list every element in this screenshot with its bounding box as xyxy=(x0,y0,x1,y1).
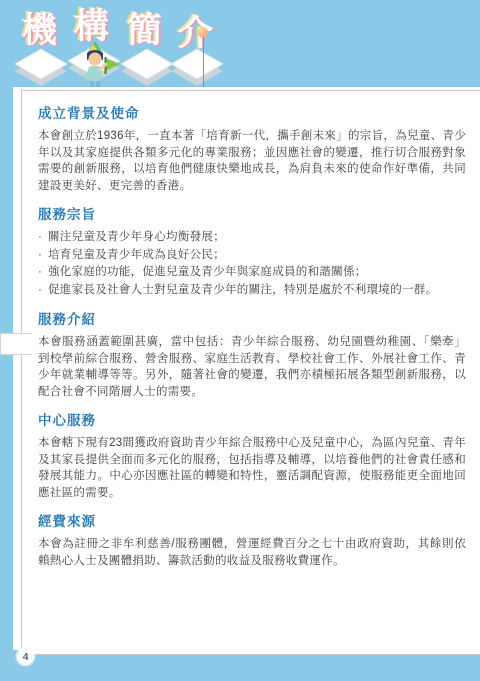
page-title-char-2: 構 xyxy=(74,9,109,44)
page-title-char-1: 機 xyxy=(22,13,57,48)
section-heading-centres: 中心服務 xyxy=(38,413,466,429)
section-centres: 中心服務 本會轄下現有23間獲政府資助青少年綜合服務中心及兒童中心，為區內兒童、… xyxy=(38,413,466,501)
section-paragraph-centres: 本會轄下現有23間獲政府資助青少年綜合服務中心及兒童中心，為區內兒童、青年及其家… xyxy=(38,435,466,501)
section-objectives: 服務宗旨 關注兒童及青少年身心均衡發展； 培育兒童及青少年成為良好公民； 強化家… xyxy=(38,207,466,299)
list-item: 促進家長及社會人士對兒童及青少年的關注，特別是處於不利環境的一群。 xyxy=(38,282,466,300)
section-heading-funding: 經費來源 xyxy=(38,514,466,530)
content-card: 成立背景及使命 本會創立於1936年，一直本著「培育新一代，攜手創未來」的宗旨，… xyxy=(21,90,480,655)
page-title-char-3: 簡 xyxy=(127,13,162,48)
section-paragraph-funding: 本會為註冊之非牟利慈善/服務團體，營運經費百分之七十由政府資助，其餘則依賴熱心人… xyxy=(38,536,466,569)
section-heading-mission: 成立背景及使命 xyxy=(38,106,466,122)
section-heading-services: 服務介紹 xyxy=(38,312,466,328)
card-content: 成立背景及使命 本會創立於1936年，一直本著「培育新一代，攜手創未來」的宗旨，… xyxy=(22,91,480,569)
section-services: 服務介紹 本會服務涵蓋範圍甚廣，當中包括：青少年綜合服務、幼兒園暨幼稚園、「樂牽… xyxy=(38,312,466,400)
page-number-badge: 4 xyxy=(17,648,34,665)
balloon-string xyxy=(203,37,204,90)
list-item: 培育兒童及青少年成為良好公民； xyxy=(38,247,466,265)
section-heading-objectives: 服務宗旨 xyxy=(38,207,466,223)
list-item: 強化家庭的功能，促進兒童及青少年與家庭成員的和諧關係； xyxy=(38,264,466,282)
objectives-list: 關注兒童及青少年身心均衡發展； 培育兒童及青少年成為良好公民； 強化家庭的功能，… xyxy=(38,229,466,299)
section-paragraph-mission: 本會創立於1936年，一直本著「培育新一代，攜手創未來」的宗旨，為兒童、青少年以… xyxy=(38,128,466,194)
side-tab xyxy=(0,333,32,355)
list-item: 關注兒童及青少年身心均衡發展； xyxy=(38,229,466,247)
section-funding: 經費來源 本會為註冊之非牟利慈善/服務團體，營運經費百分之七十由政府資助，其餘則… xyxy=(38,514,466,569)
section-paragraph-services: 本會服務涵蓋範圍甚廣，當中包括：青少年綜合服務、幼兒園暨幼稚園、「樂牽」到校學前… xyxy=(38,334,466,400)
section-mission: 成立背景及使命 本會創立於1936年，一直本著「培育新一代，攜手創未來」的宗旨，… xyxy=(38,106,466,194)
page-number: 4 xyxy=(23,651,29,663)
